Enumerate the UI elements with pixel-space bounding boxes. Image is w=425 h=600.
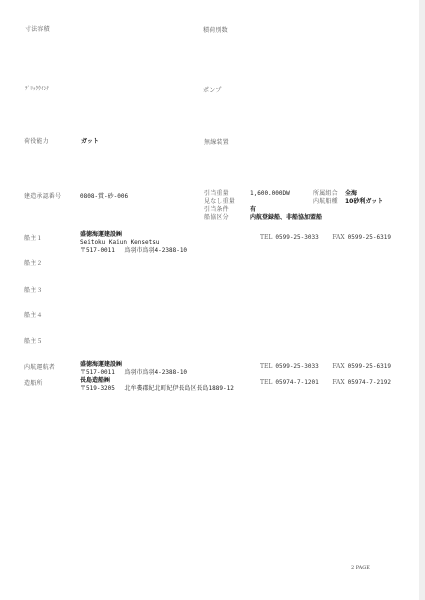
label-operator: 内航運航者 [24, 362, 55, 371]
label-owner-3: 船主３ [24, 285, 43, 294]
label-allocation-conditions: 引当条件 [204, 206, 235, 214]
owner-1-romaji: Seitoku Kaiun Kensetsu [80, 239, 187, 247]
spec-labels: 引当重量 見なし重量 引当条件 船協区分 [204, 190, 235, 222]
value-association-class: 内航登録船、非船協加盟船 [250, 214, 322, 222]
owner-1-address: 鳥羽市鳥羽4-2388-10 [125, 247, 188, 254]
owner-1-name: 盛徳海運建設㈱ [80, 231, 187, 239]
page-number: 2 PAGE [351, 565, 370, 571]
label-allocated-weight: 引当重量 [204, 190, 235, 198]
shipyard-tel: 05974-7-1201 [275, 379, 318, 386]
owner-1-details: 盛徳海運建設㈱ Seitoku Kaiun Kensetsu 〒517-0011… [80, 231, 187, 255]
label-cargo-capacity: 荷役能力 [24, 136, 49, 145]
owner-1-contact: TEL0599-25-3033 FAX0599-25-6319 [260, 234, 391, 241]
operator-tel: 0599-25-3033 [275, 363, 318, 370]
label-coastal-ship-type: 内航船種 [313, 198, 338, 206]
fax-label: FAX [332, 379, 344, 386]
operator-fax: 0599-25-6319 [348, 363, 391, 370]
value-construction-approval-no: 0808-賞-砂-006 [80, 191, 128, 200]
tel-label: TEL [260, 234, 272, 241]
extra-labels: 所属組合 内航船種 [313, 190, 338, 206]
label-owner-2: 船主２ [24, 258, 43, 267]
spec-value-weight: 1,600.000DW [250, 190, 290, 198]
label-shipyard: 造船所 [24, 378, 43, 387]
shipyard-fax: 05974-7-2192 [348, 379, 391, 386]
tel-label: TEL [260, 363, 272, 370]
label-association-class: 船協区分 [204, 214, 235, 222]
shipyard-name: 長島造船㈱ [80, 377, 234, 385]
operator-contact: TEL0599-25-3033 FAX0599-25-6319 [260, 363, 391, 370]
value-allocation-conditions: 有 [250, 206, 322, 214]
shipyard-address: 北牟婁郡紀北町紀伊長島区長島1889-12 [125, 385, 234, 392]
fax-label: FAX [332, 234, 344, 241]
label-union: 所属組合 [313, 190, 338, 198]
label-construction-approval-no: 建造承認番号 [24, 191, 61, 200]
owner-1-fax: 0599-25-6319 [348, 234, 391, 241]
spec-value-conditions: 有 内航登録船、非船協加盟船 [250, 206, 322, 222]
owner-1-tel: 0599-25-3033 [275, 234, 318, 241]
shipyard-details: 長島造船㈱ 〒519-3205 北牟婁郡紀北町紀伊長島区長島1889-12 [80, 377, 234, 393]
label-deemed-weight: 見なし重量 [204, 198, 235, 206]
shipyard-address-line: 〒519-3205 北牟婁郡紀北町紀伊長島区長島1889-12 [80, 385, 234, 393]
label-radio-equipment: 無線装置 [204, 137, 229, 146]
label-pump: ポンプ [203, 85, 222, 94]
label-derrick-winch: ﾃﾞﾘｯｸｳｲﾝﾁ [25, 85, 49, 92]
operator-address: 鳥羽市鳥羽4-2388-10 [125, 369, 188, 376]
value-cargo-capacity: ガット [81, 136, 99, 145]
shipyard-postal: 〒519-3205 [80, 385, 115, 392]
label-owner-5: 船主５ [24, 336, 43, 345]
shipyard-contact: TEL05974-7-1201 FAX05974-7-2192 [260, 379, 391, 386]
operator-name: 盛徳海運建設㈱ [80, 361, 187, 369]
label-owner-4: 船主４ [24, 310, 43, 319]
operator-address-line: 〒517-0011 鳥羽市鳥羽4-2388-10 [80, 369, 187, 377]
value-coastal-ship-type: 10砂利ガット [345, 198, 383, 206]
owner-1-postal: 〒517-0011 [80, 247, 115, 254]
operator-details: 盛徳海運建設㈱ 〒517-0011 鳥羽市鳥羽4-2388-10 [80, 361, 187, 377]
document-page: 寸法容積 積荷別数 ﾃﾞﾘｯｸｳｲﾝﾁ ポンプ 荷役能力 ガット 無線装置 建造… [0, 0, 425, 600]
fax-label: FAX [332, 363, 344, 370]
value-union: 全海 [345, 190, 383, 198]
label-dimensions-capacity: 寸法容積 [25, 24, 50, 33]
label-cargo-count: 積荷別数 [203, 25, 228, 34]
operator-postal: 〒517-0011 [80, 369, 115, 376]
owner-1-address-line: 〒517-0011 鳥羽市鳥羽4-2388-10 [80, 247, 187, 255]
extra-values: 全海 10砂利ガット [345, 190, 383, 206]
label-owner-1: 船主１ [24, 233, 43, 242]
scan-edge [419, 0, 425, 600]
tel-label: TEL [260, 379, 272, 386]
value-allocated-weight: 1,600.000DW [250, 190, 290, 198]
